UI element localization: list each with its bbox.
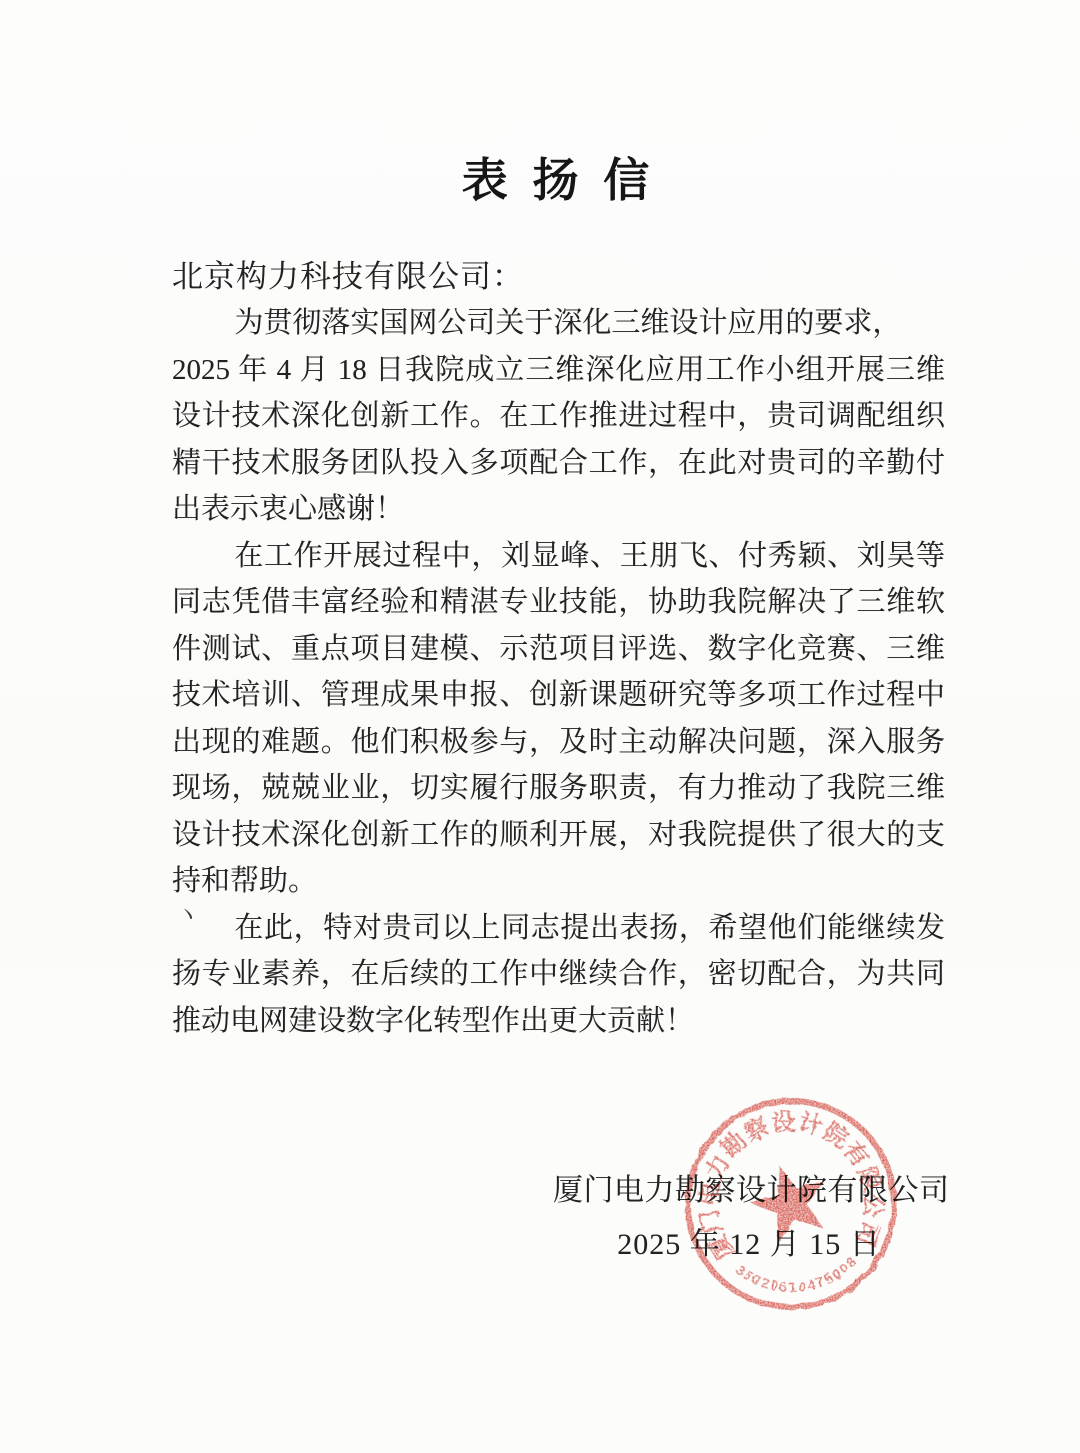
seal-graphic: 厦门电力勘察设计院有限公司 35020610475008	[628, 1041, 953, 1366]
body-line: 出现的难题。他们积极参与，及时主动解决问题，深入服务	[172, 719, 945, 766]
body-line: 精干技术服务团队投入多项配合工作，在此对贵司的辛勤付	[172, 440, 945, 487]
body-line: 为贯彻落实国网公司关于深化三维设计应用的要求，	[172, 300, 945, 347]
body-line: 2025 年 4 月 18 日我院成立三维深化应用工作小组开展三维	[172, 347, 945, 394]
body-line: 在工作开展过程中，刘显峰、王朋飞、付秀颖、刘昊等	[172, 533, 945, 580]
body-line: 现场，兢兢业业，切实履行服务职责，有力推动了我院三维	[172, 765, 945, 812]
body-line: 出表示衷心感谢！	[172, 486, 945, 533]
scan-stray-mark: 丶	[174, 895, 203, 933]
seal-star-icon	[743, 1155, 837, 1246]
body-line: 扬专业素养，在后续的工作中继续合作，密切配合，为共同	[172, 951, 945, 998]
body-line: 技术培训、管理成果申报、创新课题研究等多项工作过程中	[172, 672, 945, 719]
letter-content: 表 扬 信 北京构力科技有限公司： 为贯彻落实国网公司关于深化三维设计应用的要求…	[172, 0, 945, 1044]
body-line: 设计技术深化创新工作。在工作推进过程中，贵司调配组织	[172, 393, 945, 440]
letter-salutation: 北京构力科技有限公司：	[172, 255, 945, 299]
company-seal-stamp: 厦门电力勘察设计院有限公司 35020610475008	[628, 1041, 953, 1366]
body-line: 设计技术深化创新工作的顺利开展，对我院提供了很大的支	[172, 812, 945, 859]
body-line: 持和帮助。	[172, 858, 945, 905]
letter-title: 表 扬 信	[172, 150, 945, 210]
body-line: 同志凭借丰富经验和精湛专业技能，协助我院解决了三维软	[172, 579, 945, 626]
letter-body: 为贯彻落实国网公司关于深化三维设计应用的要求，2025 年 4 月 18 日我院…	[172, 300, 945, 1044]
body-line: 件测试、重点项目建模、示范项目评选、数字化竞赛、三维	[172, 626, 945, 673]
body-line: 在此，特对贵司以上同志提出表扬，希望他们能继续发	[172, 905, 945, 952]
body-line: 推动电网建设数字化转型作出更大贡献！	[172, 998, 945, 1045]
